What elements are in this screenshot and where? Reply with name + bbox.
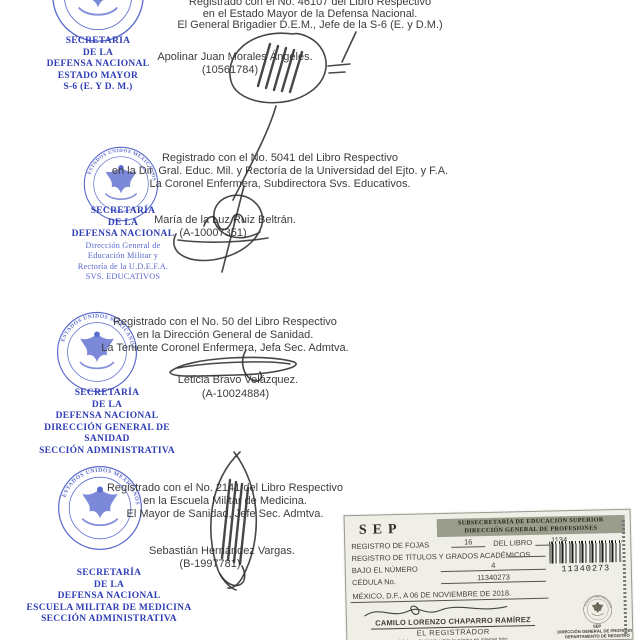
signature (148, 182, 303, 282)
registrar-signature (361, 600, 521, 627)
numero-value: 4 (441, 560, 546, 572)
registration-line: en la Dirección General de Sanidad. (40, 329, 410, 342)
signature (182, 446, 287, 601)
signature (188, 14, 373, 209)
sep-seal-icon (582, 594, 613, 625)
scanned-registration-document: ESTADOS UNIDOS MEXICANOS Registrado con … (0, 0, 640, 640)
fojas-label: REGISTRO DE FOJAS (351, 540, 429, 551)
cedula-value: 11340273 (441, 572, 546, 584)
stamp-text: SECRETARIA DE LA DEFENSA NACIONAL ESTADO… (42, 36, 154, 94)
cedula-label: CÉDULA No. (352, 577, 396, 587)
sep-header-band: SUBSECRETARÍA DE EDUCACIÓN SUPERIOR DIRE… (437, 515, 625, 537)
signature (158, 346, 308, 393)
sep-seal-caption: SEP DIRECCIÓN GENERAL DE PROFESIONES DEP… (557, 624, 633, 640)
barcode-number: 11340273 (550, 563, 622, 575)
barcode (549, 540, 621, 564)
registration-line: Registrado con el No. 50 del Libro Respe… (40, 316, 410, 329)
microtext-strip (622, 518, 628, 634)
libro-label: DEL LIBRO (493, 538, 532, 548)
stamp-text: SECRETARÍA DE LA DEFENSA NACIONAL ESCUEL… (23, 568, 195, 626)
numero-label: BAJO EL NÚMERO (352, 565, 418, 575)
fojas-value: 16 (451, 537, 485, 548)
sep-registration-box: SEP SUBSECRETARÍA DE EDUCACIÓN SUPERIOR … (344, 509, 634, 640)
sep-logo: SEP (359, 522, 403, 539)
stamp-text: SECRETARÍA DE LA DEFENSA NACIONAL DIRECC… (27, 388, 187, 457)
